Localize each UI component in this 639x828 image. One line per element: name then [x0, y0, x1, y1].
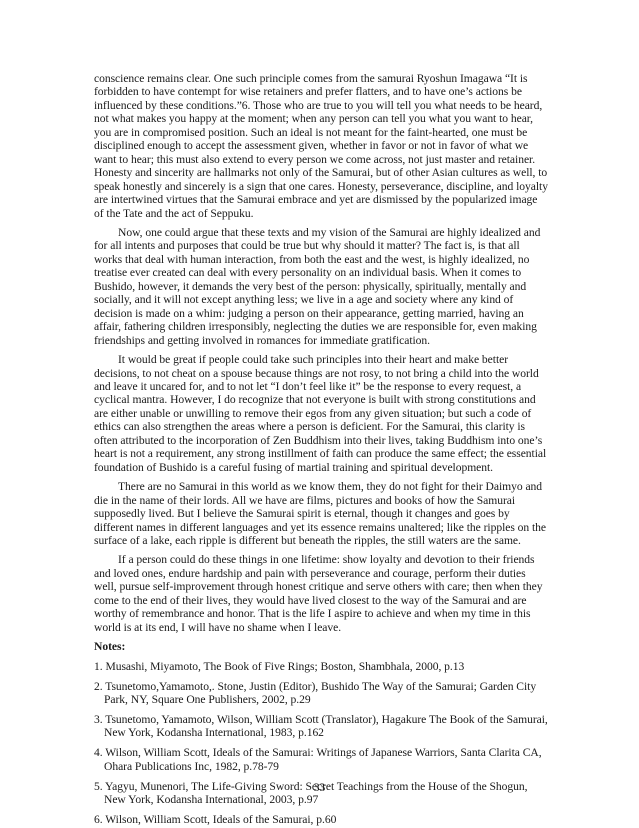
notes-list: 1. Musashi, Miyamoto, The Book of Five R… [94, 660, 548, 827]
note-item: 1. Musashi, Miyamoto, The Book of Five R… [94, 660, 548, 673]
paragraph-3: It would be great if people could take s… [94, 353, 548, 474]
paragraph-1: conscience remains clear. One such princ… [94, 72, 548, 220]
paragraph-4: There are no Samurai in this world as we… [94, 480, 548, 547]
page-number: 33 [0, 781, 639, 794]
paragraph-2: Now, one could argue that these texts an… [94, 226, 548, 347]
note-item: 3. Tsunetomo, Yamamoto, Wilson, William … [94, 713, 548, 740]
note-item: 2. Tsunetomo,Yamamoto,. Stone, Justin (E… [94, 680, 548, 707]
notes-heading: Notes: [94, 640, 548, 653]
note-item: 6. Wilson, William Scott, Ideals of the … [94, 813, 548, 826]
note-item: 4. Wilson, William Scott, Ideals of the … [94, 746, 548, 773]
document-page: conscience remains clear. One such princ… [94, 72, 548, 828]
paragraph-5: If a person could do these things in one… [94, 553, 548, 634]
